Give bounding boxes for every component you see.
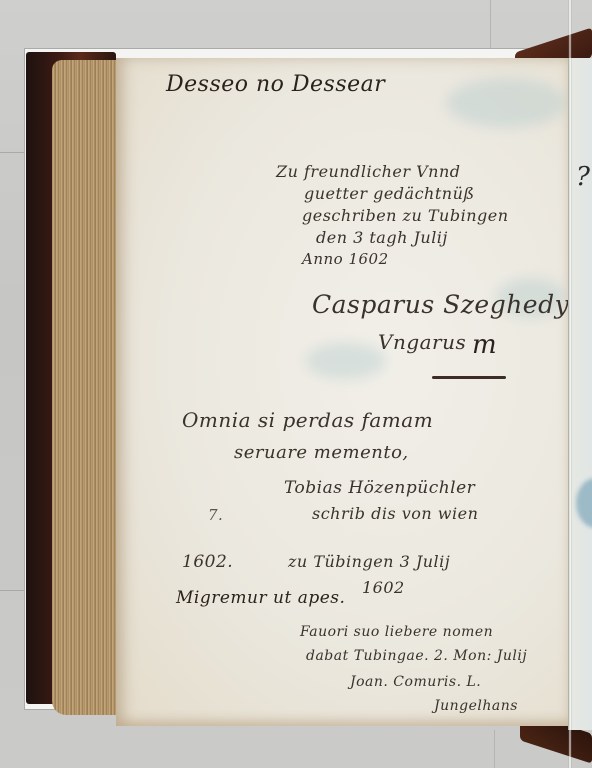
- signature-flourish: [432, 376, 506, 379]
- entry3-motto: Migremur ut apes.: [176, 588, 345, 608]
- ink-blot: [576, 478, 592, 528]
- water-stain: [306, 343, 386, 379]
- entry1-mark: m: [472, 330, 497, 360]
- entry2-date-right: zu Tübingen 3 Julij: [288, 552, 450, 571]
- water-stain: [446, 78, 566, 128]
- entry1-signature: Casparus Szeghedy: [312, 290, 569, 319]
- backdrop-grid-line: [494, 730, 495, 768]
- page-edges: [52, 60, 122, 715]
- entry3-line2: dabat Tubingae. 2. Mon: Julij: [306, 648, 527, 664]
- entry2-motto-line1: Omnia si perdas famam: [182, 408, 433, 432]
- entry1-line: guetter gedächtnüß: [304, 184, 475, 203]
- entry2-marginal-number: 7.: [208, 506, 223, 524]
- entry3-line4: Jungelhans: [434, 698, 518, 714]
- entry2-motto-line2: seruare memento,: [234, 442, 409, 463]
- facing-page-edge: ?: [568, 58, 592, 730]
- entry2-date-left: 1602.: [182, 552, 233, 572]
- entry1-line: Zu freundlicher Vnnd: [276, 162, 461, 181]
- entry3-line3: Joan. Comuris. L.: [350, 674, 481, 690]
- entry2-year: 1602: [362, 578, 405, 597]
- entry1-signature-sub: Vngarus: [378, 330, 466, 354]
- entry1-line: geschriben zu Tubingen: [302, 206, 509, 225]
- glass-plate-edge: [569, 0, 571, 768]
- manuscript-page: Desseo no Dessear Zu freundlicher Vnnd g…: [116, 58, 568, 726]
- entry1-line: Anno 1602: [302, 250, 389, 268]
- backdrop-grid-line: [490, 0, 491, 48]
- entry3-line1: Fauori suo liebere nomen: [300, 624, 493, 640]
- entry1-line: den 3 tagh Julij: [316, 228, 448, 247]
- entry2-name: Tobias Hözenpüchler: [284, 478, 475, 498]
- entry2-line2: schrib dis von wien: [312, 504, 478, 523]
- top-motto: Desseo no Dessear: [166, 72, 385, 97]
- facing-page-glyph: ?: [576, 162, 590, 192]
